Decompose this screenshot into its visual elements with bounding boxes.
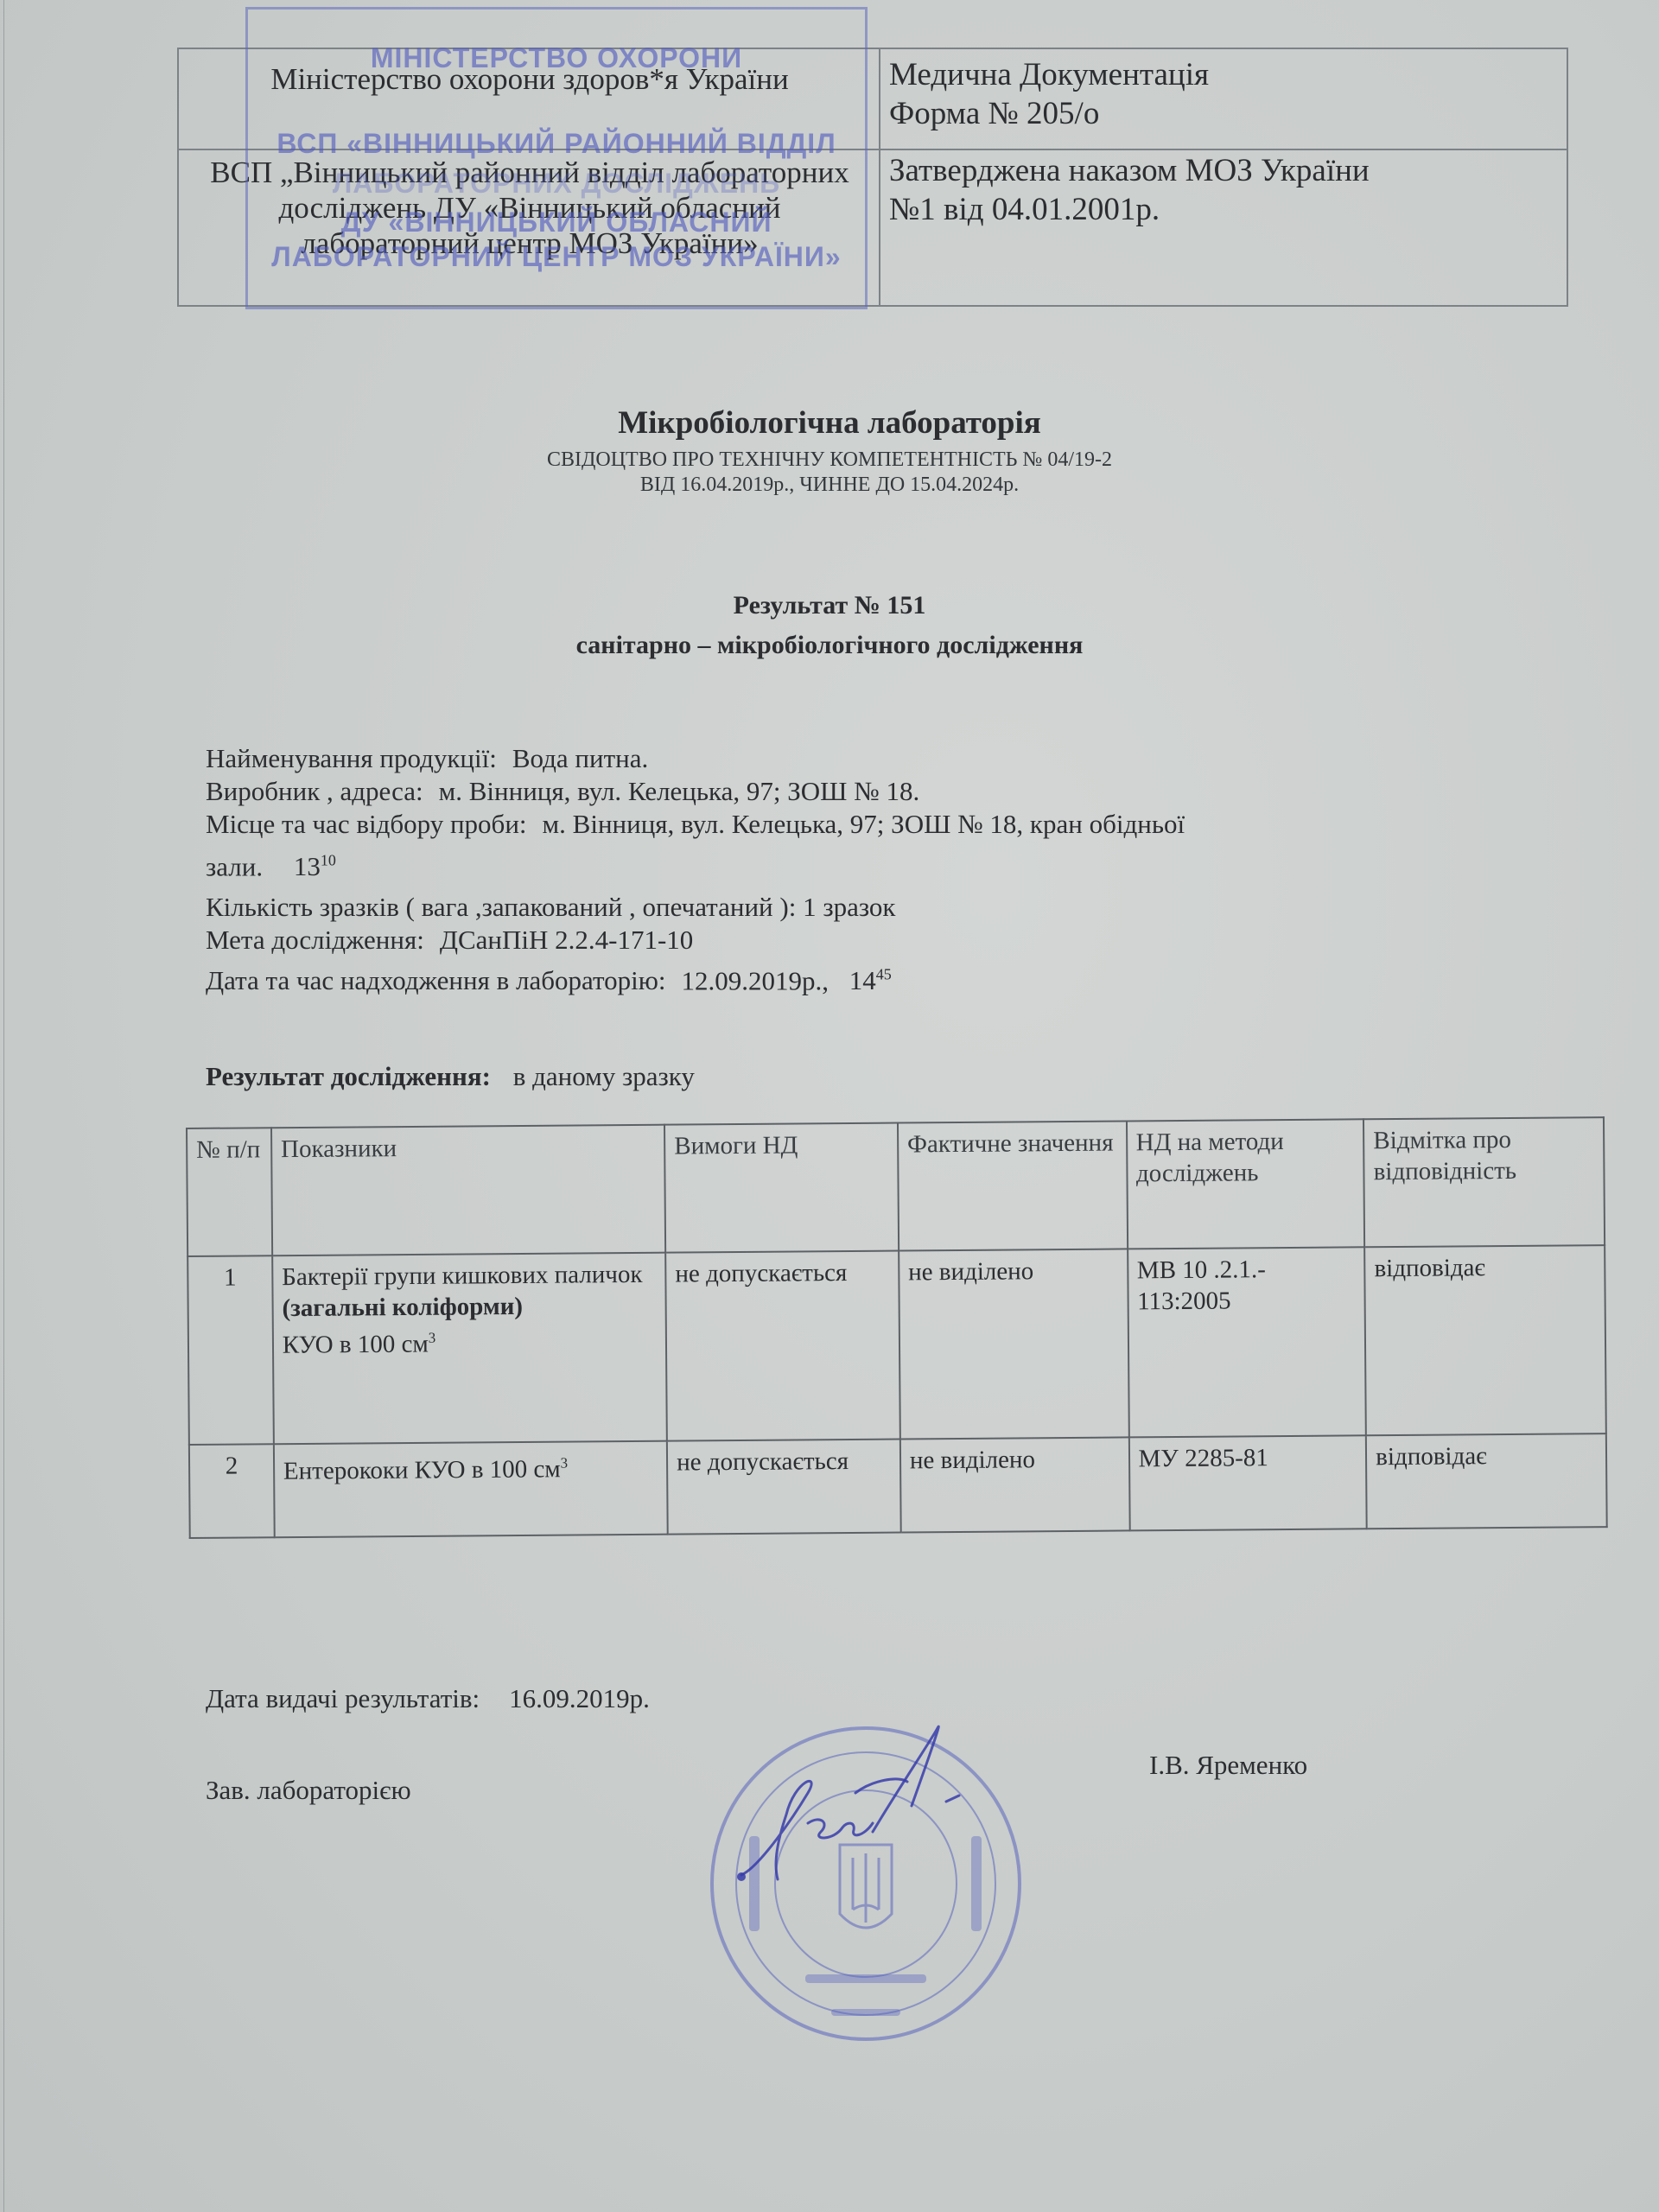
sampling-minutes: 10 xyxy=(321,852,336,869)
table-row: 1 Бактерії групи кишкових паличок (загал… xyxy=(188,1245,1606,1445)
arrival-date: 12.09.2019р., xyxy=(681,965,829,995)
sampling-time: 1310 xyxy=(294,851,336,881)
purpose-line: Мета дослідження:ДСанПіН 2.2.4-171-10 xyxy=(206,925,1536,956)
approval-date: №1 від 04.01.2001р. xyxy=(889,190,1563,229)
lab-head-name: І.В. Яременко xyxy=(1149,1750,1307,1781)
row-actual: не виділено xyxy=(899,1249,1128,1439)
indicator-unit: КУО в 100 см3 xyxy=(283,1321,658,1361)
ministry-name: Міністерство охорони здоров*я України xyxy=(179,61,880,97)
header-table: Міністерство охорони здоров*я України ВС… xyxy=(177,48,1568,307)
product-value: Вода питна. xyxy=(512,743,648,773)
indicator-qualifier: (загальні коліформи) xyxy=(282,1290,657,1324)
header-row-divider xyxy=(179,149,1567,150)
arrival-line: Дата та час надходження в лабораторію:12… xyxy=(206,959,1536,996)
sampling-line-cont: зали. 1310 xyxy=(206,845,1536,882)
issue-date-line: Дата видачі результатів:16.09.2019р. xyxy=(206,1683,650,1714)
result-value: в даному зразку xyxy=(513,1061,695,1091)
result-subtitle: санітарно – мікробіологічного дослідженн… xyxy=(0,631,1659,660)
samples-label: Кількість зразків ( вага ,запакований , … xyxy=(206,892,796,922)
product-label: Найменування продукції: xyxy=(206,743,497,773)
row-number: 2 xyxy=(189,1444,275,1538)
issue-date-label: Дата видачі результатів: xyxy=(206,1683,480,1713)
sampling-label: Місце та час відбору проби: xyxy=(206,809,527,839)
row-actual: не виділено xyxy=(900,1437,1129,1532)
col-header-number: № п/п xyxy=(187,1128,272,1256)
arrival-label: Дата та час надходження в лабораторію: xyxy=(206,965,665,995)
sampling-hour: 13 xyxy=(294,851,321,881)
row-method: МУ 2285-81 xyxy=(1128,1435,1367,1530)
row-requirement: не допускається xyxy=(667,1440,901,1535)
signature-icon xyxy=(726,1711,985,1918)
lab-head-label: Зав. лабораторією xyxy=(206,1775,411,1806)
row-number: 1 xyxy=(188,1255,274,1445)
approval-order: Затверджена наказом МОЗ України xyxy=(889,151,1563,190)
sampling-value-cont: зали. xyxy=(206,851,263,881)
unit-exponent: 3 xyxy=(561,1455,569,1471)
table-header-row: № п/п Показники Вимоги НД Фактичне значе… xyxy=(187,1117,1605,1256)
result-number: Результат № 151 xyxy=(0,591,1659,620)
row-requirement: не допускається xyxy=(665,1251,899,1441)
sampling-value: м. Вінниця, вул. Келецька, 97; ЗОШ № 18,… xyxy=(543,809,1185,839)
product-line: Найменування продукції:Вода питна. xyxy=(206,743,1536,774)
row-method: МВ 10 .2.1.- 113:2005 xyxy=(1128,1247,1366,1437)
arrival-time: 1445 xyxy=(849,965,892,995)
lab-title: Мікробіологічна лабораторія xyxy=(0,404,1659,442)
department-name: ВСП „Вінницький районний відділ лаборато… xyxy=(179,155,880,261)
col-header-requirement: Вимоги НД xyxy=(664,1123,899,1253)
official-round-stamp-icon xyxy=(702,1715,1030,2044)
certificate-number: СВІДОЦТВО ПРО ТЕХНІЧНУ КОМПЕТЕНТНІСТЬ № … xyxy=(0,448,1659,472)
row-compliance: відповідає xyxy=(1364,1245,1606,1435)
row-indicator: Бактерії групи кишкових паличок (загальн… xyxy=(272,1253,667,1445)
table-row: 2 Ентерококи КУО в 100 см3 не допускаєть… xyxy=(189,1433,1607,1538)
unit-exponent: 3 xyxy=(429,1330,436,1346)
form-info: Медична Документація Форма № 205/о xyxy=(889,55,1563,133)
col-header-actual: Фактичне значення xyxy=(898,1121,1128,1250)
results-table: № п/п Показники Вимоги НД Фактичне значе… xyxy=(186,1116,1608,1539)
form-number: Форма № 205/о xyxy=(889,94,1563,133)
producer-value: м. Вінниця, вул. Келецька, 97; ЗОШ № 18. xyxy=(439,776,920,806)
indicator-name: Ентерококи КУО в 100 см xyxy=(283,1455,561,1485)
result-line: Результат дослідження: в даному зразку xyxy=(206,1061,1536,1092)
row-indicator: Ентерококи КУО в 100 см3 xyxy=(274,1441,668,1538)
arrival-hour: 14 xyxy=(849,965,876,995)
medical-documentation-label: Медична Документація xyxy=(889,55,1563,94)
issue-date-value: 16.09.2019р. xyxy=(509,1683,650,1713)
indicator-name: Бактерії групи кишкових паличок xyxy=(282,1259,657,1293)
result-label: Результат дослідження: xyxy=(206,1061,491,1091)
document-page: Міністерство охорони здоров*я України ВС… xyxy=(0,0,1659,2212)
approval-info: Затверджена наказом МОЗ України №1 від 0… xyxy=(889,151,1563,229)
page-edge xyxy=(3,0,4,2212)
certificate-validity: ВІД 16.04.2019р., ЧИННЕ ДО 15.04.2024р. xyxy=(0,473,1659,497)
purpose-value: ДСанПіН 2.2.4-171-10 xyxy=(440,925,693,955)
col-header-method: НД на методи досліджень xyxy=(1126,1119,1364,1249)
producer-label: Виробник , адреса: xyxy=(206,776,423,806)
producer-line: Виробник , адреса:м. Вінниця, вул. Келец… xyxy=(206,776,1536,807)
col-header-indicator: Показники xyxy=(271,1125,665,1256)
unit-text: КУО в 100 см xyxy=(283,1330,429,1358)
samples-line: Кількість зразків ( вага ,запакований , … xyxy=(206,892,1536,923)
col-header-compliance: Відмітка про відповідність xyxy=(1363,1117,1605,1247)
row-compliance: відповідає xyxy=(1366,1433,1607,1529)
samples-value: 1 зразок xyxy=(803,892,895,922)
arrival-minutes: 45 xyxy=(876,966,892,983)
purpose-label: Мета дослідження: xyxy=(206,925,424,955)
sampling-line: Місце та час відбору проби:м. Вінниця, в… xyxy=(206,809,1536,840)
